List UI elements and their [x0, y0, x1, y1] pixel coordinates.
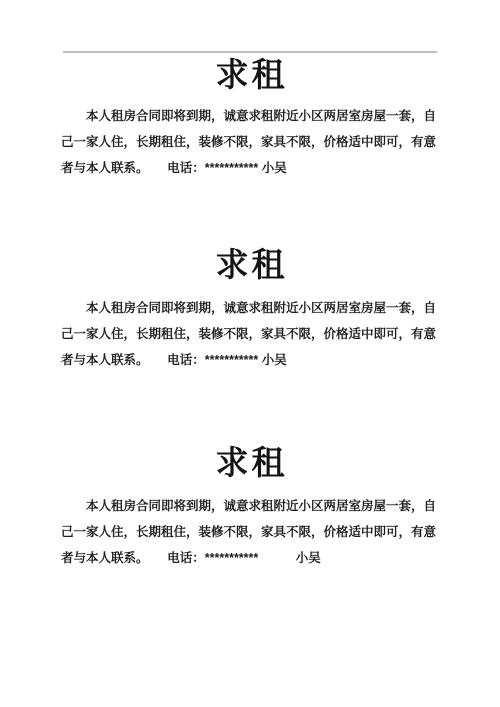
- rental-notice-3: 求租 本人租房合同即将到期，诚意求租附近小区两居室房屋一套，自 己一家人住，长期…: [61, 443, 439, 571]
- notice-line: 者与本人联系。 电话：*********** 小吴: [61, 155, 439, 181]
- notice-line: 己一家人住，长期租住，装修不限，家具不限，价格适中即可，有意: [61, 321, 439, 347]
- notice-title: 求租: [61, 443, 439, 483]
- notice-line: 者与本人联系。 电话：*********** 小吴: [61, 347, 439, 373]
- notice-paragraph: 本人租房合同即将到期，诚意求租附近小区两居室房屋一套，自 己一家人住，长期租住，…: [61, 493, 439, 571]
- document-page: 求租 本人租房合同即将到期，诚意求租附近小区两居室房屋一套，自 己一家人住，长期…: [0, 0, 500, 707]
- rental-notice-1: 求租 本人租房合同即将到期，诚意求租附近小区两居室房屋一套，自 己一家人住，长期…: [61, 55, 439, 181]
- notice-line: 本人租房合同即将到期，诚意求租附近小区两居室房屋一套，自: [61, 295, 439, 321]
- notice-line: 本人租房合同即将到期，诚意求租附近小区两居室房屋一套，自: [61, 103, 439, 129]
- notice-paragraph: 本人租房合同即将到期，诚意求租附近小区两居室房屋一套，自 己一家人住，长期租住，…: [61, 295, 439, 373]
- rental-notice-2: 求租 本人租房合同即将到期，诚意求租附近小区两居室房屋一套，自 己一家人住，长期…: [61, 245, 439, 373]
- notice-title: 求租: [61, 55, 439, 95]
- header-divider-line: [63, 51, 437, 53]
- notice-line: 本人租房合同即将到期，诚意求租附近小区两居室房屋一套，自: [61, 493, 439, 519]
- notice-title: 求租: [61, 245, 439, 285]
- notice-line: 者与本人联系。 电话：*********** 小吴: [61, 545, 439, 571]
- notice-line: 己一家人住，长期租住，装修不限，家具不限，价格适中即可，有意: [61, 129, 439, 155]
- notice-paragraph: 本人租房合同即将到期，诚意求租附近小区两居室房屋一套，自 己一家人住，长期租住，…: [61, 103, 439, 181]
- notice-line: 己一家人住，长期租住，装修不限，家具不限，价格适中即可，有意: [61, 519, 439, 545]
